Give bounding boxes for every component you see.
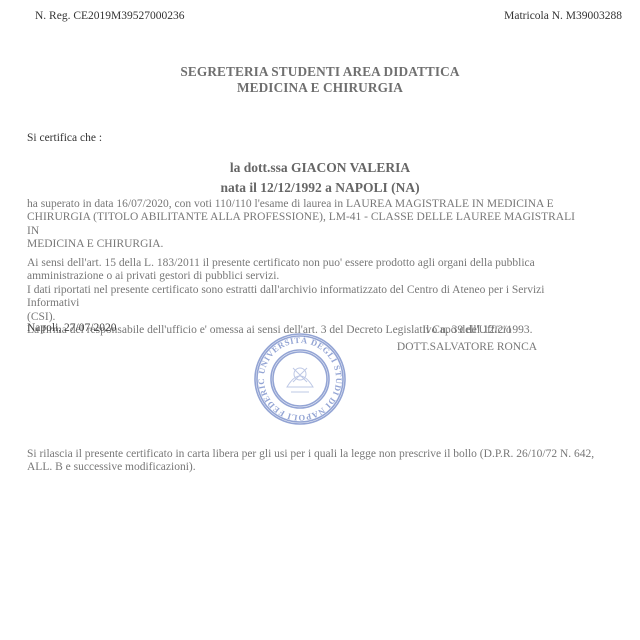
office-title: SEGRETERIA STUDENTI AREA DIDATTICA MEDIC…	[0, 64, 640, 96]
graduation-paragraph: ha superato in data 16/07/2020, con voti…	[27, 198, 587, 251]
office-title-line1: SEGRETERIA STUDENTI AREA DIDATTICA	[0, 64, 640, 80]
footer-line: ALL. B e successive modificazioni).	[27, 461, 627, 474]
university-seal-icon: UNIVERSITÀ DEGLI STUDI DI NAPOLI FEDERIC…	[253, 332, 347, 426]
legal-line: amministrazione o ai privati gestori di …	[27, 270, 587, 283]
footer-note: Si rilascia il presente certificato in c…	[27, 448, 627, 475]
graduation-line: CHIRURGIA (TITOLO ABILITANTE ALLA PROFES…	[27, 211, 587, 238]
certification-intro: Si certifica che :	[27, 132, 102, 144]
legal-line: I dati riportati nel presente certificat…	[27, 284, 587, 311]
graduate-identity: la dott.ssa GIACON VALERIA nata il 12/12…	[0, 158, 640, 198]
graduate-name: la dott.ssa GIACON VALERIA	[0, 158, 640, 178]
matricola-number: Matricola N. M39003288	[504, 10, 622, 22]
legal-line: Ai sensi dell'art. 15 della L. 183/2011 …	[27, 257, 587, 270]
signatory-role: Il Capo dell'Ufficio	[382, 322, 552, 339]
office-title-line2: MEDICINA E CHIRURGIA	[0, 80, 640, 96]
footer-line: Si rilascia il presente certificato in c…	[27, 448, 627, 461]
registration-number: N. Reg. CE2019M39527000236	[35, 10, 185, 22]
place-and-date: Napoli, 27/07/2020	[27, 322, 116, 334]
graduation-line: MEDICINA E CHIRURGIA.	[27, 238, 587, 251]
signature-block: Il Capo dell'Ufficio DOTT.SALVATORE RONC…	[382, 322, 552, 355]
signatory-name: DOTT.SALVATORE RONCA	[382, 339, 552, 356]
graduate-birth: nata il 12/12/1992 a NAPOLI (NA)	[0, 178, 640, 198]
graduation-line: ha superato in data 16/07/2020, con voti…	[27, 198, 587, 211]
